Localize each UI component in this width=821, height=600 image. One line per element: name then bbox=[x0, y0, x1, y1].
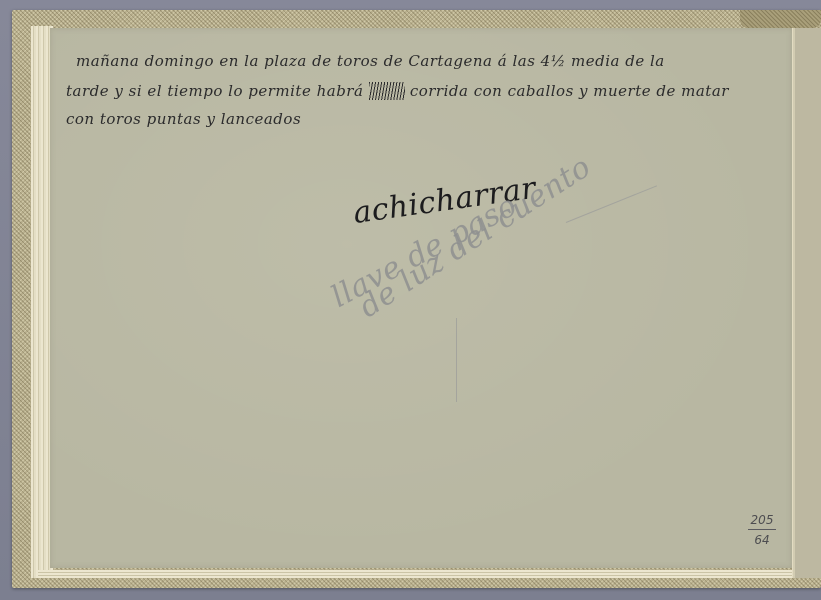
folio-number: 205 64 bbox=[748, 512, 776, 548]
ink-note-text: corrida con caballos y muerte de matar bbox=[410, 82, 729, 100]
ink-note-text: mañana domingo en la plaza de toros de C… bbox=[76, 52, 665, 70]
ink-note-line-1: mañana domingo en la plaza de toros de C… bbox=[76, 52, 665, 70]
struck-out-word: xxxx bbox=[369, 82, 405, 100]
ink-note-text: tarde y si el tiempo lo permite habrá bbox=[66, 82, 363, 100]
folio-top: 205 bbox=[748, 512, 776, 530]
ink-note-line-3: con toros puntas y lanceados bbox=[66, 110, 301, 128]
ink-note-line-2: tarde y si el tiempo lo permite habrá xx… bbox=[66, 82, 729, 100]
ink-note-text: con toros puntas y lanceados bbox=[66, 110, 301, 128]
pencil-descender bbox=[456, 318, 457, 402]
spine-top-binding bbox=[740, 10, 821, 28]
next-page-gutter bbox=[792, 28, 821, 578]
scan-background: mañana domingo en la plaza de toros de C… bbox=[0, 0, 821, 600]
folio-bottom: 64 bbox=[748, 532, 776, 548]
page-edges-bottom bbox=[38, 570, 821, 578]
sketchbook-page bbox=[50, 28, 792, 568]
